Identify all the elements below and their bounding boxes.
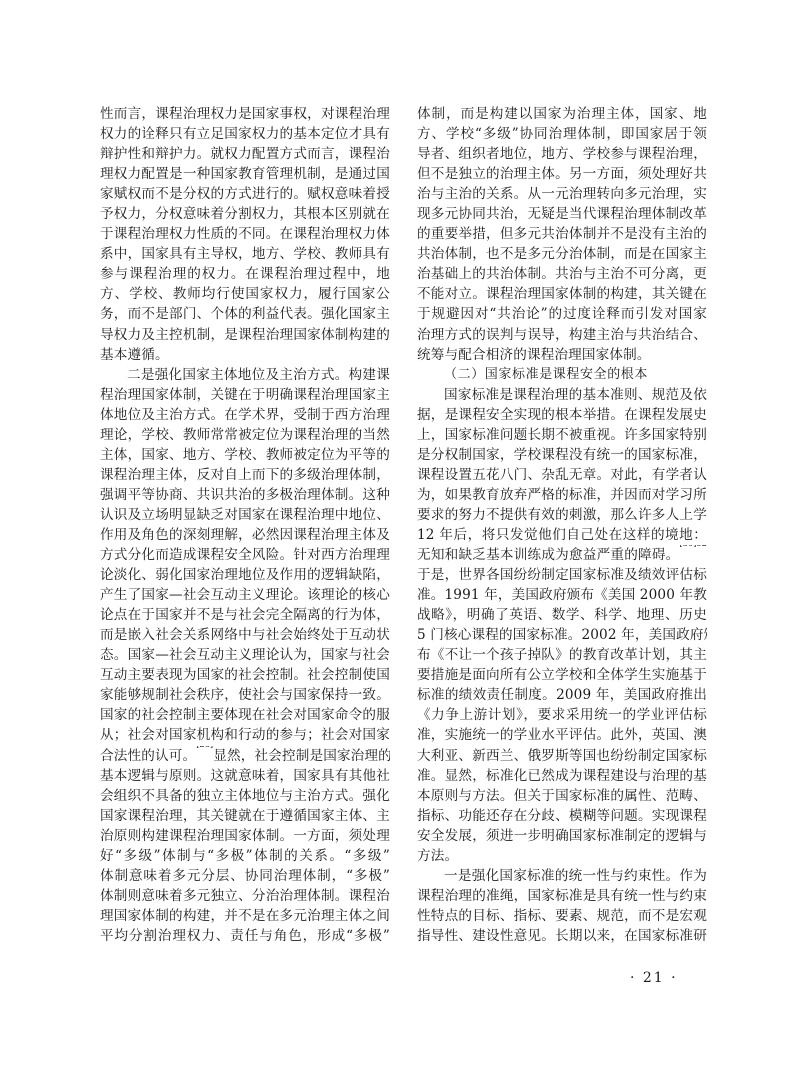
line-text: 认识及立场明显缺乏对国家在课程治理中地位、 [100, 507, 390, 523]
text-line: 国家课程治理，其关键就在于遵循国家主体、主 [100, 806, 390, 826]
text-line: 治与主治的关系。从一元治理转向多元治理，实 [417, 184, 707, 204]
line-text: 国家课程治理，其关键就在于遵循国家主体、主 [100, 808, 390, 824]
line-text: 本原则与方法。但关于国家标准的属性、范畴、 [417, 788, 707, 804]
text-line: 本原则与方法。但关于国家标准的属性、范畴、 [417, 786, 707, 806]
line-text: 但不是独立的治理主体。另一方面，须处理好共 [417, 166, 707, 182]
line-text: 国家标准是课程治理的基本准则、规范及依 [444, 387, 707, 403]
text-line: 治基础上的共治体制。共治与主治不可分离，更 [417, 264, 707, 284]
text-line: 二是强化国家主体地位及主治方式。构建课 [100, 365, 390, 385]
line-text: 互动主要表现为国家的社会控制。社会控制使国 [100, 667, 390, 683]
line-text: 辩护性和辩护力。就权力配置方式而言，课程治 [100, 146, 390, 162]
line-text: 指导性、建设性意见。长期以来，在国家标准研 [417, 928, 707, 944]
text-line: 从；社会对国家机构和行动的参与；社会对国家 [100, 725, 390, 745]
text-line: 治原则构建课程治理国家体制。一方面，须处理 [100, 826, 390, 846]
text-line: 基本遵循。 [100, 345, 390, 365]
line-text: 家能够规制社会秩序，使社会与国家保持一致。 [100, 687, 390, 703]
text-line: 《力争上游计划》，要求采用统一的学业评估标 [417, 705, 707, 725]
text-line: 理权力配置是一种国家教育管理机制，是通过国 [100, 164, 390, 184]
line-text: 于课程治理权力性质的不同。在课程治理权力体 [100, 226, 390, 242]
text-line: 平均分割治理权力、责任与角色，形成“多极” [100, 926, 390, 946]
text-line: 准。1991 年，美国政府颁布《美国 2000 年教育 [417, 585, 707, 605]
text-line: 体地位及主治方式。在学术界，受制于西方治理 [100, 405, 390, 425]
line-text: 理国家体制的构建，并不是在多元治理主体之间 [100, 908, 390, 924]
line-text: 课程设置五花八门、杂乱无章。对此，有学者认 [417, 467, 707, 483]
line-text: 主体，国家、地方、学校、教师被定位为平等的 [100, 447, 390, 463]
line-text: 安全发展，须进一步明确国家标准制定的逻辑与 [417, 828, 707, 844]
text-line: 据，是课程安全实现的根本举措。在课程发展史 [417, 405, 707, 425]
text-line: 指导性、建设性意见。长期以来，在国家标准研 [417, 926, 707, 946]
text-line: 上，国家标准问题长期不被重视。许多国家特别 [417, 425, 707, 445]
text-line: 大利亚、新西兰、俄罗斯等国也纷纷制定国家标 [417, 746, 707, 766]
text-line: 指标、功能还存在分歧、模糊等问题。实现课程 [417, 806, 707, 826]
text-line: 辩护性和辩护力。就权力配置方式而言，课程治 [100, 144, 390, 164]
text-line: 主体，国家、地方、学校、教师被定位为平等的 [100, 445, 390, 465]
text-line: 课程治理主体，反对自上而下的多级治理体制， [100, 465, 390, 485]
line-text: 而是嵌入社会关系网络中与社会始终处于互动状 [100, 627, 390, 643]
line-text: 论点在于国家并不是与社会完全隔离的行为体， [100, 607, 390, 623]
section-heading: （二）国家标准是课程安全的根本 [417, 365, 707, 385]
line-text: 导权力及主控机制，是课程治理国家体制构建的 [100, 327, 390, 343]
line-text: 基本遵循。 [100, 347, 169, 363]
text-line: 是分权制国家，学校课程没有统一的国家标准， [417, 445, 707, 465]
line-text: 参与课程治理的权力。在课程治理过程中，地 [100, 266, 390, 282]
line-text: 理论，学校、教师常常被定位为课程治理的当然 [100, 427, 390, 443]
line-text: （二）国家标准是课程安全的根本 [444, 367, 648, 382]
line-text: 治原则构建课程治理国家体制。一方面，须处理 [100, 828, 390, 844]
text-line: 体制，而是构建以国家为治理主体，国家、地 [417, 104, 707, 124]
citation-superscript: [28] [196, 746, 213, 749]
text-line: 体制则意味着多元独立、分治治理体制。课程治 [100, 886, 390, 906]
text-line: 导权力及主控机制，是课程治理国家体制构建的 [100, 325, 390, 345]
line-text: 二是强化国家主体地位及主治方式。构建课 [127, 367, 390, 383]
text-line: 论淡化、弱化国家治理地位及作用的逻辑缺陷， [100, 565, 390, 585]
line-text: 要求的努力不提供有效的刺激，那么许多人上学 [417, 507, 707, 523]
line-text: 要措施是面向所有公立学校和全体学生实施基于 [417, 667, 707, 683]
text-line: 体制意味着多元分层、协同治理体制，“多极” [100, 866, 390, 886]
text-line: 方、学校“多级”协同治理体制，即国家居于领 [417, 124, 707, 144]
line-text: 课程治理的准绳，国家标准是具有统一性与约束 [417, 888, 707, 904]
line-text: 战略》，明确了英语、数学、科学、地理、历史 [417, 607, 707, 623]
page-number: · 21 · [630, 970, 678, 986]
citation-superscript: [30]52 [679, 545, 707, 548]
text-line: 准，实施统一的学业水平评估。此外，英国、澳 [417, 725, 707, 745]
text-line: 互动主要表现为国家的社会控制。社会控制使国 [100, 665, 390, 685]
text-line: 论点在于国家并不是与社会完全隔离的行为体， [100, 605, 390, 625]
text-line: 方式分化而造成课程安全风险。针对西方治理理 [100, 545, 390, 565]
line-text: 为，如果教育放弃严格的标准，并因而对学习所 [417, 487, 707, 503]
line-text: 一是强化国家标准的统一性与约束性。作为 [444, 868, 707, 884]
text-line: 共治体制，也不是多元分治体制，而是在国家主 [417, 244, 707, 264]
text-line: 治理方式的误判与误导，构建主治与共治结合、 [417, 325, 707, 345]
line-text: 上，国家标准问题长期不被重视。许多国家特别 [417, 427, 707, 443]
text-line: 现多元协同共治，无疑是当代课程治理体制改革 [417, 204, 707, 224]
line-text: 治基础上的共治体制。共治与主治不可分离，更 [417, 266, 707, 282]
line-text: 理权力配置是一种国家教育管理机制，是通过国 [100, 166, 390, 182]
line-text: 体地位及主治方式。在学术界，受制于西方治理 [100, 407, 390, 423]
line-text: 强调平等协商、共识共治的多极治理体制。这种 [100, 487, 390, 503]
line-text: 课程治理主体，反对自上而下的多级治理体制， [100, 467, 390, 483]
line-text: 权力的诠释只有立足国家权力的基本定位才具有 [100, 126, 390, 142]
line-text: 程治理国家体制，关键在于明确课程治理国家主 [100, 387, 390, 403]
text-line: 无知和缺乏基本训练成为愈益严重的障碍。[30]52 [417, 545, 707, 565]
text-line: 统筹与配合相济的课程治理国家体制。 [417, 345, 707, 365]
line-text: 体制则意味着多元独立、分治治理体制。课程治 [100, 888, 390, 904]
text-line: 战略》，明确了英语、数学、科学、地理、历史 [417, 605, 707, 625]
line-text: 治与主治的关系。从一元治理转向多元治理，实 [417, 186, 707, 202]
line-text: 会组织不具备的独立主体地位与主治方式。强化 [100, 788, 390, 804]
left-text-column: 性而言，课程治理权力是国家事权，对课程治理权力的诠释只有立足国家权力的基本定位才… [100, 104, 390, 946]
line-text: 作用及角色的深刻理解，必然因课程治理主体及 [100, 527, 390, 543]
line-text: 合法性的认可。 [100, 748, 196, 764]
line-text: 指标、功能还存在分歧、模糊等问题。实现课程 [417, 808, 707, 824]
text-line: 权力的诠释只有立足国家权力的基本定位才具有 [100, 124, 390, 144]
line-text: 平均分割治理权力、责任与角色，形成“多极” [100, 928, 390, 944]
text-line: 态。国家—社会互动主义理论认为，国家与社会 [100, 645, 390, 665]
text-line: 标准的绩效责任制度。2009 年，美国政府推出 [417, 685, 707, 705]
text-line: 于课程治理权力性质的不同。在课程治理权力体 [100, 224, 390, 244]
text-line: 会组织不具备的独立主体地位与主治方式。强化 [100, 786, 390, 806]
line-text: 准，实施统一的学业水平评估。此外，英国、澳 [417, 727, 707, 743]
right-text-column: 体制，而是构建以国家为治理主体，国家、地方、学校“多级”协同治理体制，即国家居于… [417, 104, 707, 946]
text-line: 方法。 [417, 846, 707, 866]
text-line: 产生了国家—社会互动主义理论。该理论的核心 [100, 585, 390, 605]
text-line: 准。显然，标准化已然成为课程建设与治理的基 [417, 766, 707, 786]
text-line: 性而言，课程治理权力是国家事权，对课程治理 [100, 104, 390, 124]
text-line: 布《不让一个孩子掉队》的教育改革计划，其主 [417, 645, 707, 665]
text-line: 于是，世界各国纷纷制定国家标准及绩效评估标 [417, 565, 707, 585]
text-line: 而是嵌入社会关系网络中与社会始终处于互动状 [100, 625, 390, 645]
text-line: 课程治理的准绳，国家标准是具有统一性与约束 [417, 886, 707, 906]
line-text: 务，而不是部门、个体的利益代表。强化国家主 [100, 306, 390, 322]
text-line: 性特点的目标、指标、要素、规范，而不是宏观 [417, 906, 707, 926]
text-line: 5 门核心课程的国家标准。2002 年，美国政府颁 [417, 625, 707, 645]
line-text: 态。国家—社会互动主义理论认为，国家与社会 [100, 647, 390, 663]
line-text: 准。1991 年，美国政府颁布《美国 2000 年教育 [417, 587, 707, 603]
text-line: 理论，学校、教师常常被定位为课程治理的当然 [100, 425, 390, 445]
line-text: 好“多级”体制与“多极”体制的关系。“多级” [100, 848, 390, 864]
line-text: 体制意味着多元分层、协同治理体制，“多极” [100, 868, 390, 884]
text-line: 课程设置五花八门、杂乱无章。对此，有学者认 [417, 465, 707, 485]
line-text: 于规避因对“共治论”的过度诠释而引发对国家 [417, 306, 707, 322]
text-line: 合法性的认可。[28]显然，社会控制是国家治理的 [100, 746, 390, 766]
text-line: 予权力，分权意味着分割权力，其根本区别就在 [100, 204, 390, 224]
text-line: 要求的努力不提供有效的刺激，那么许多人上学 [417, 505, 707, 525]
line-text: 论淡化、弱化国家治理地位及作用的逻辑缺陷， [100, 567, 390, 583]
text-line: 基本逻辑与原则。这就意味着，国家具有其他社 [100, 766, 390, 786]
line-text: 不能对立。课程治理国家体制的构建，其关键在 [417, 286, 707, 302]
line-text: 共治体制，也不是多元分治体制，而是在国家主 [417, 246, 707, 262]
text-line: 方、学校、教师均行使国家权力，履行国家公 [100, 284, 390, 304]
line-text: 布《不让一个孩子掉队》的教育改革计划，其主 [417, 647, 707, 663]
line-text: 12 年后，将只发觉他们自己处在这样的境地： [417, 527, 707, 543]
line-text: 治理方式的误判与误导，构建主治与共治结合、 [417, 327, 707, 343]
line-text: 5 门核心课程的国家标准。2002 年，美国政府颁 [417, 627, 707, 643]
text-line: 务，而不是部门、个体的利益代表。强化国家主 [100, 304, 390, 324]
line-text: 方式分化而造成课程安全风险。针对西方治理理 [100, 547, 390, 563]
text-line: 的重要举措，但多元共治体制并不是没有主治的 [417, 224, 707, 244]
text-line: 国家的社会控制主要体现在社会对国家命令的服 [100, 705, 390, 725]
text-line: 家能够规制社会秩序，使社会与国家保持一致。 [100, 685, 390, 705]
line-text: 体制，而是构建以国家为治理主体，国家、地 [417, 106, 707, 122]
line-text: 准。显然，标准化已然成为课程建设与治理的基 [417, 768, 707, 784]
line-text: 方法。 [417, 848, 458, 864]
text-line: 一是强化国家标准的统一性与约束性。作为 [417, 866, 707, 886]
line-text: 据，是课程安全实现的根本举措。在课程发展史 [417, 407, 707, 423]
line-text: 性而言，课程治理权力是国家事权，对课程治理 [100, 106, 390, 122]
line-text: 性特点的目标、指标、要素、规范，而不是宏观 [417, 908, 707, 924]
text-line: 认识及立场明显缺乏对国家在课程治理中地位、 [100, 505, 390, 525]
line-text: 系中，国家具有主导权，地方、学校、教师具有 [100, 246, 390, 262]
text-line: 导者、组织者地位，地方、学校参与课程治理， [417, 144, 707, 164]
text-line: 于规避因对“共治论”的过度诠释而引发对国家 [417, 304, 707, 324]
line-text: 产生了国家—社会互动主义理论。该理论的核心 [100, 587, 390, 603]
line-text: 方、学校、教师均行使国家权力，履行国家公 [100, 286, 390, 302]
line-text-after: 显然，社会控制是国家治理的 [213, 748, 390, 764]
text-line: 参与课程治理的权力。在课程治理过程中，地 [100, 264, 390, 284]
line-text: 国家的社会控制主要体现在社会对国家命令的服 [100, 707, 390, 723]
line-text: 大利亚、新西兰、俄罗斯等国也纷纷制定国家标 [417, 748, 707, 764]
text-line: 家赋权而不是分权的方式进行的。赋权意味着授 [100, 184, 390, 204]
line-text: 无知和缺乏基本训练成为愈益严重的障碍。 [417, 547, 679, 563]
line-text: 予权力，分权意味着分割权力，其根本区别就在 [100, 206, 390, 222]
line-text: 现多元协同共治，无疑是当代课程治理体制改革 [417, 206, 707, 222]
text-line: 作用及角色的深刻理解，必然因课程治理主体及 [100, 525, 390, 545]
text-line: 12 年后，将只发觉他们自己处在这样的境地： [417, 525, 707, 545]
line-text: 家赋权而不是分权的方式进行的。赋权意味着授 [100, 186, 390, 202]
text-line: 理国家体制的构建，并不是在多元治理主体之间 [100, 906, 390, 926]
text-line: 系中，国家具有主导权，地方、学校、教师具有 [100, 244, 390, 264]
text-line: 好“多级”体制与“多极”体制的关系。“多级” [100, 846, 390, 866]
text-line: 为，如果教育放弃严格的标准，并因而对学习所 [417, 485, 707, 505]
line-text: 从；社会对国家机构和行动的参与；社会对国家 [100, 727, 390, 743]
line-text: 方、学校“多级”协同治理体制，即国家居于领 [417, 126, 707, 142]
line-text: 的重要举措，但多元共治体制并不是没有主治的 [417, 226, 707, 242]
line-text: 基本逻辑与原则。这就意味着，国家具有其他社 [100, 768, 390, 784]
text-line: 强调平等协商、共识共治的多极治理体制。这种 [100, 485, 390, 505]
line-text: 标准的绩效责任制度。2009 年，美国政府推出 [417, 687, 707, 703]
line-text: 于是，世界各国纷纷制定国家标准及绩效评估标 [417, 567, 707, 583]
text-line: 安全发展，须进一步明确国家标准制定的逻辑与 [417, 826, 707, 846]
line-text: 导者、组织者地位，地方、学校参与课程治理， [417, 146, 707, 162]
line-text: 《力争上游计划》，要求采用统一的学业评估标 [417, 707, 707, 723]
text-line: 不能对立。课程治理国家体制的构建，其关键在 [417, 284, 707, 304]
text-line: 要措施是面向所有公立学校和全体学生实施基于 [417, 665, 707, 685]
text-line: 国家标准是课程治理的基本准则、规范及依 [417, 385, 707, 405]
line-text: 统筹与配合相济的课程治理国家体制。 [417, 347, 651, 363]
text-line: 程治理国家体制，关键在于明确课程治理国家主 [100, 385, 390, 405]
line-text: 是分权制国家，学校课程没有统一的国家标准， [417, 447, 707, 463]
text-line: 但不是独立的治理主体。另一方面，须处理好共 [417, 164, 707, 184]
